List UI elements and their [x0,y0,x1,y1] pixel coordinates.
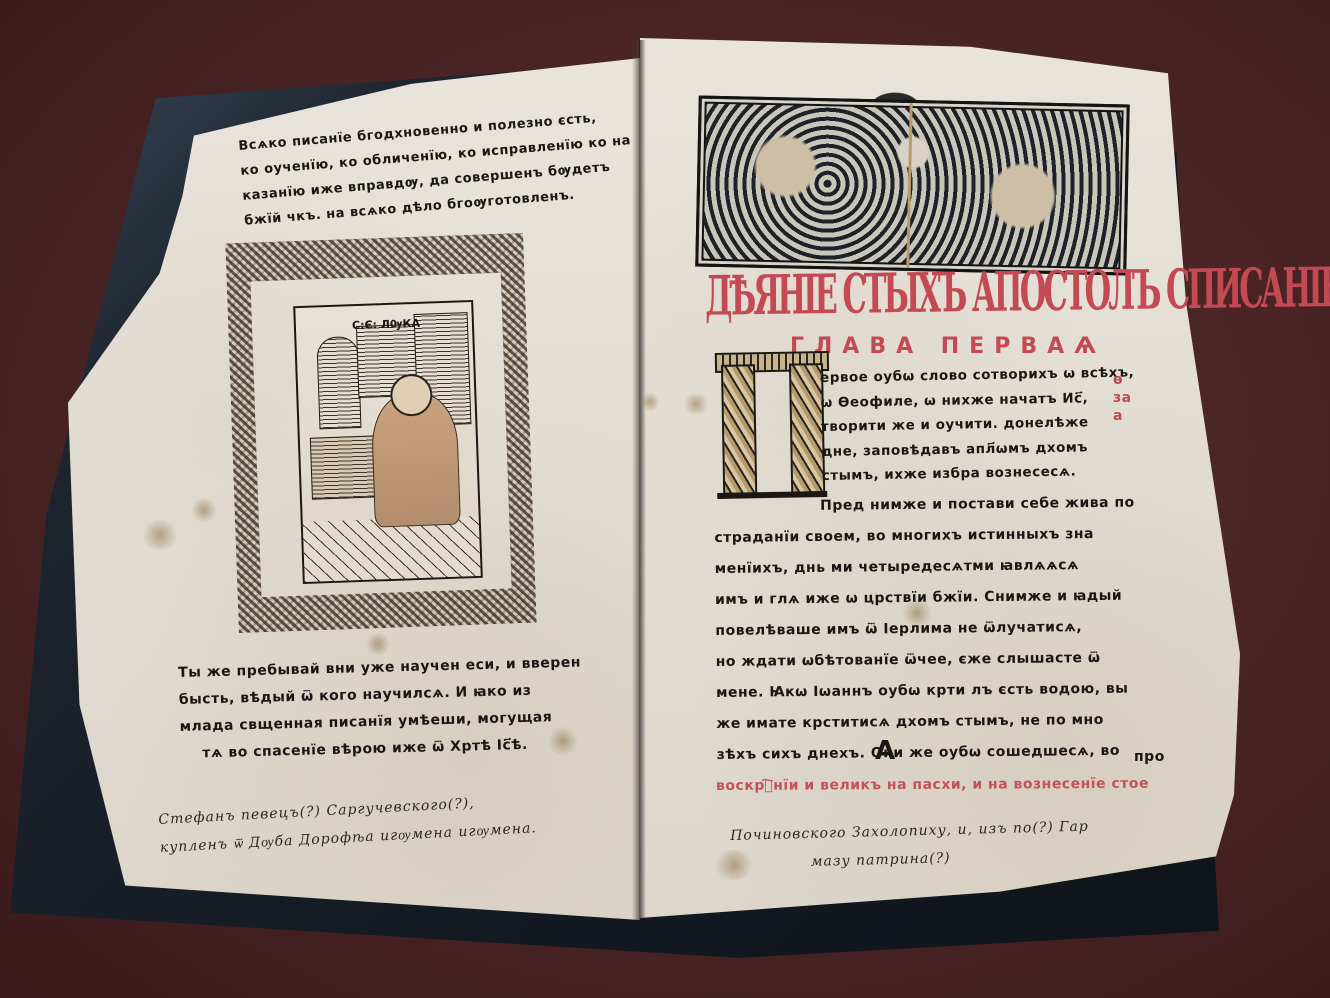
ornament-stem [907,103,913,268]
right-page-main-text: Пред нимже и постави себе жива по страда… [714,496,1138,779]
catchword: про [1134,750,1165,764]
left-page-bottom-text: Ты же пребывай вни уже научен еси, и вве… [178,655,584,774]
stain [366,632,390,656]
initial-left-pillar [721,364,757,495]
stain [190,498,218,522]
red-footer-rubric: воскрⷭ҇нїи и великъ на пасхи, и на возне… [716,777,1149,793]
woodcut-illustration-evangelist [293,300,483,584]
margin-note-line: а [1113,409,1132,427]
right-handwritten-inscription: Починовского Захолопиху, и, изъ по(?) Га… [730,819,1090,884]
woodcut-caption: С:Є: ЛѸКА [352,317,420,332]
headpiece-floral-ornament [695,96,1129,276]
building-illustration [316,336,361,429]
photo-scene: Всѧко писанїе бгодхновенно и полезно єст… [0,0,1330,998]
writing-desk-illustration [310,435,378,499]
decorated-initial-letter [715,351,827,495]
text-line: зѣхъ сихъ днехъ. Они же оубѡ сошедшесѧ, … [717,744,1138,779]
right-page-text-beside-initial: ервое оубѡ слово сотворихъ ѡ всѣхъ, ѡ Ѳе… [820,367,1136,495]
margin-note-line: за [1113,391,1132,409]
stain [684,392,708,416]
signature-mark: А [875,738,896,764]
stain [140,520,180,550]
stain [640,392,660,412]
margin-note-line: ѳ [1113,373,1132,391]
chapter-title-red: ДѢЯНІЕ СТЫХЪ АПОСТОЛЪ СПИСАНІЕ СТАГО ЄѴА… [705,254,1330,324]
chapter-heading-red: ГЛАВА ПЕРВАѦ [790,336,1106,358]
book-gutter [632,40,646,920]
margin-reference-note: ѳ за а [1113,373,1132,427]
